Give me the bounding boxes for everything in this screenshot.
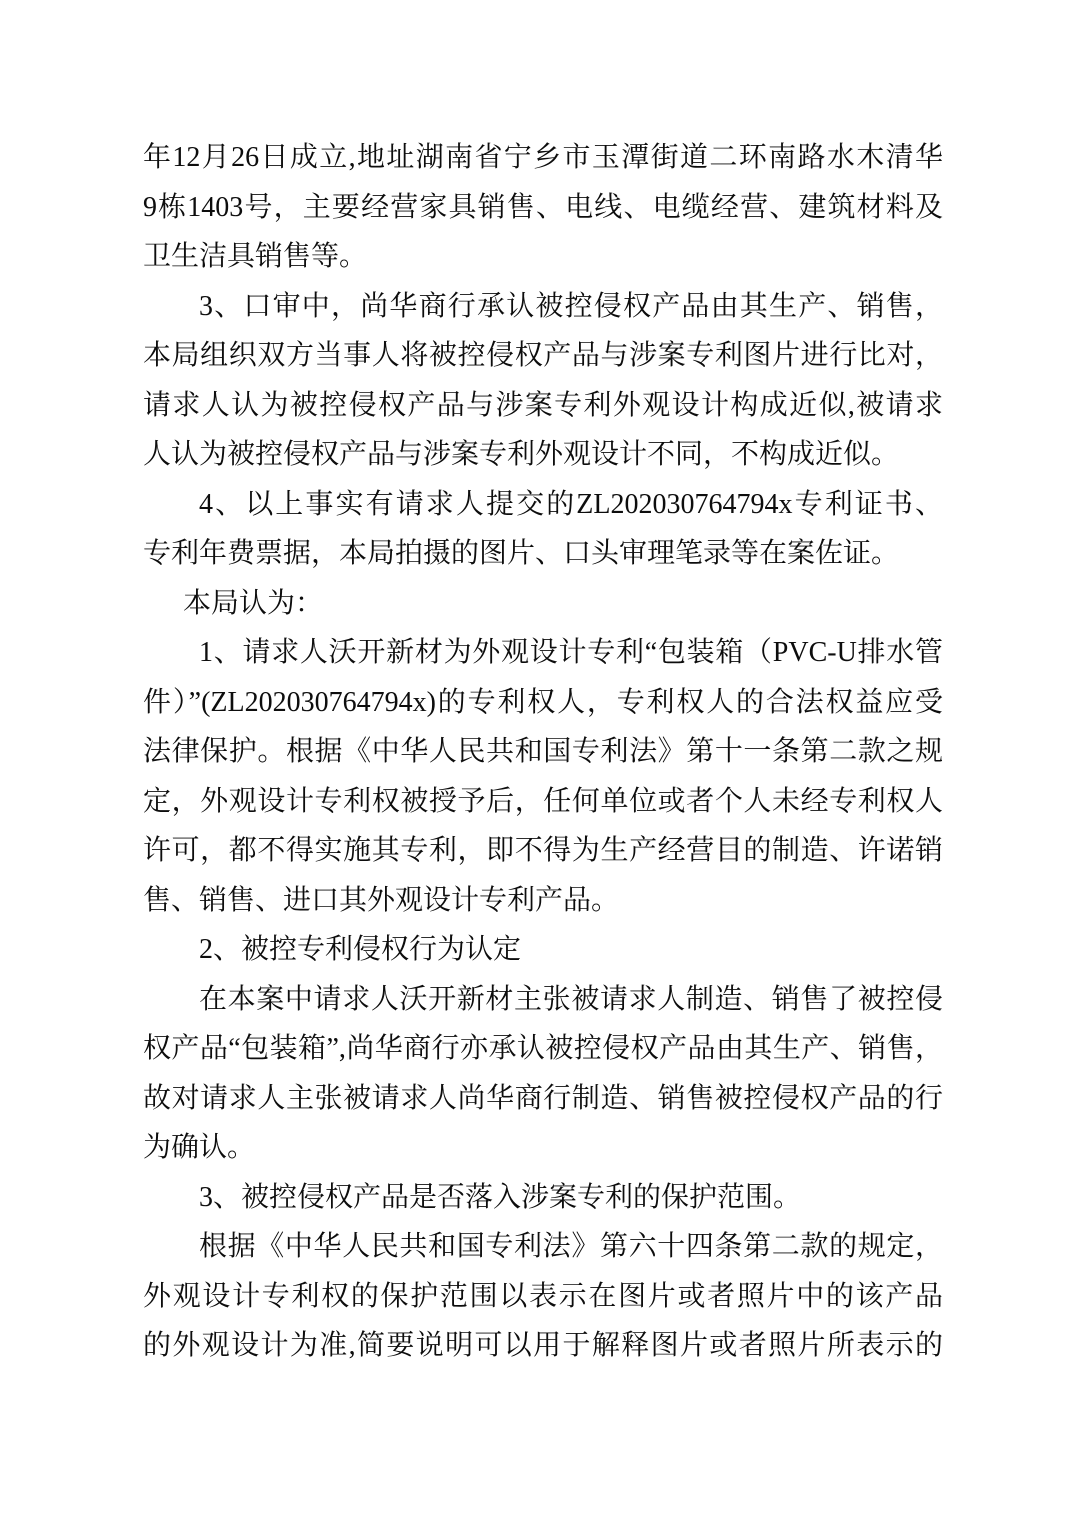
text-line: 件）”(ZL202030764794x)的专利权人，专利权人的合法权益应受 [143,678,943,728]
text-line: 3、被控侵权产品是否落入涉案专利的保护范围。 [143,1173,943,1223]
text-line: 定，外观设计专利权被授予后，任何单位或者个人未经专利权人 [143,777,943,827]
paragraph: 1、请求人沃开新材为外观设计专利“包装箱（PVC-U排水管件）”(ZL20203… [143,628,943,925]
text-line: 本局认为： [143,579,943,629]
paragraph: 3、口审中，尚华商行承认被控侵权产品由其生产、销售，本局组织双方当事人将被控侵权… [143,282,943,480]
paragraph: 3、被控侵权产品是否落入涉案专利的保护范围。 [143,1173,943,1223]
paragraph: 2、被控专利侵权行为认定 [143,925,943,975]
paragraph: 本局认为： [143,579,943,629]
text-line: 9栋1403号，主要经营家具销售、电线、电缆经营、建筑材料及 [143,183,943,233]
text-line: 专利年费票据，本局拍摄的图片、口头审理笔录等在案佐证。 [143,529,943,579]
paragraph: 年12月26日成立,地址湖南省宁乡市玉潭街道二环南路水木清华9栋1403号，主要… [143,133,943,282]
text-line: 外观设计专利权的保护范围以表示在图片或者照片中的该产品 [143,1272,943,1322]
text-line: 在本案中请求人沃开新材主张被请求人制造、销售了被控侵 [143,975,943,1025]
paragraph: 根据《中华人民共和国专利法》第六十四条第二款的规定，外观设计专利权的保护范围以表… [143,1222,943,1371]
paragraph: 在本案中请求人沃开新材主张被请求人制造、销售了被控侵权产品“包装箱”,尚华商行亦… [143,975,943,1173]
paragraph: 4、以上事实有请求人提交的ZL202030764794x专利证书、专利年费票据，… [143,480,943,579]
text-line: 3、口审中，尚华商行承认被控侵权产品由其生产、销售， [143,282,943,332]
text-line: 1、请求人沃开新材为外观设计专利“包装箱（PVC-U排水管 [143,628,943,678]
document-page: 年12月26日成立,地址湖南省宁乡市玉潭街道二环南路水木清华9栋1403号，主要… [0,0,1074,1520]
text-line: 法律保护。根据《中华人民共和国专利法》第十一条第二款之规 [143,727,943,777]
text-line: 4、以上事实有请求人提交的ZL202030764794x专利证书、 [143,480,943,530]
text-line: 年12月26日成立,地址湖南省宁乡市玉潭街道二环南路水木清华 [143,133,943,183]
text-line: 的外观设计为准,简要说明可以用于解释图片或者照片所表示的 [143,1321,943,1371]
text-line: 售、销售、进口其外观设计专利产品。 [143,876,943,926]
text-line: 2、被控专利侵权行为认定 [143,925,943,975]
text-line: 故对请求人主张被请求人尚华商行制造、销售被控侵权产品的行 [143,1074,943,1124]
text-line: 请求人认为被控侵权产品与涉案专利外观设计构成近似,被请求 [143,381,943,431]
text-line: 根据《中华人民共和国专利法》第六十四条第二款的规定， [143,1222,943,1272]
text-line: 卫生洁具销售等。 [143,232,943,282]
text-line: 权产品“包装箱”,尚华商行亦承认被控侵权产品由其生产、销售， [143,1024,943,1074]
text-line: 许可，都不得实施其专利，即不得为生产经营目的制造、许诺销 [143,826,943,876]
text-line: 为确认。 [143,1123,943,1173]
text-line: 人认为被控侵权产品与涉案专利外观设计不同，不构成近似。 [143,430,943,480]
text-line: 本局组织双方当事人将被控侵权产品与涉案专利图片进行比对， [143,331,943,381]
